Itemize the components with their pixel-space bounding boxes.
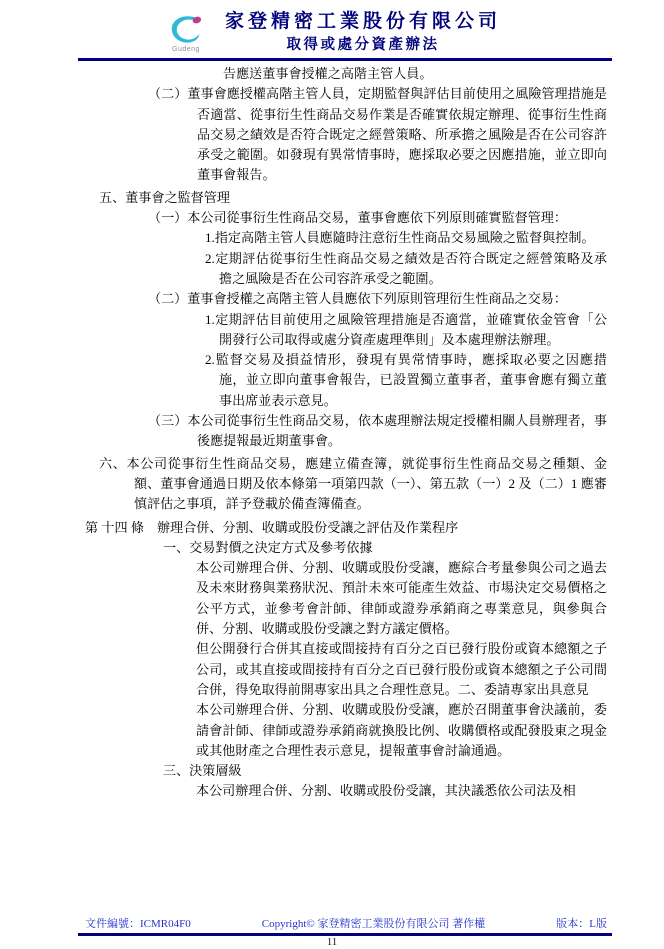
sub-heading: 一、交易對價之決定方式及參考依據 xyxy=(85,538,607,558)
version-label: 版本：L版 xyxy=(556,918,607,930)
document-number: 文件編號：ICMR04F0 xyxy=(85,918,191,930)
paragraph: 告應送董事會授權之高階主管人員。 xyxy=(85,64,607,84)
paragraph: （二）董事會授權之高階主管人員應依下列原則管理衍生性商品之交易： xyxy=(85,289,607,309)
paragraph: 本公司辦理合併、分割、收購或股份受讓，其決議悉依公司法及相 xyxy=(85,781,607,801)
document-page: Gudeng 家登精密工業股份有限公司 取得或處分資產辦法 告應送董事會授權之高… xyxy=(0,0,664,949)
paragraph: 本公司辦理合併、分割、收購或股份受讓，應綜合考量參與公司之過去及未來財務與業務狀… xyxy=(85,558,607,639)
company-name: 家登精密工業股份有限公司 xyxy=(225,10,501,34)
company-logo: Gudeng xyxy=(163,12,209,53)
logo-brand-text: Gudeng xyxy=(163,46,209,53)
document-body: 告應送董事會授權之高階主管人員。 （二）董事會應授權高階主管人員，定期監督與評估… xyxy=(85,64,607,802)
numbered-item: 2.定期評估從事衍生性商品交易之績效是否符合既定之經營策略及承擔之風險是否在公司… xyxy=(85,249,607,290)
page-footer: 文件編號：ICMR04F0 Copyright© 家登精密工業股份有限公司 著作… xyxy=(85,918,607,930)
numbered-item: 2.監督交易及損益情形，發現有異常情事時，應採取必要之因應措施，並立即向董事會報… xyxy=(85,350,607,411)
header-titles: 家登精密工業股份有限公司 取得或處分資產辦法 xyxy=(225,10,501,55)
article-heading: 第 十四 條 辦理合併、分割、收購或股份受讓之評估及作業程序 xyxy=(85,518,607,538)
paragraph: （三）本公司從事衍生性商品交易，依本處理辦法規定授權相關人員辦理者，事後應提報最… xyxy=(85,411,607,452)
document-title: 取得或處分資產辦法 xyxy=(225,36,501,55)
gudeng-swoosh-icon xyxy=(163,12,209,46)
numbered-item: 1.指定高階主管人員應隨時注意衍生性商品交易風險之監督與控制。 xyxy=(85,228,607,248)
section-heading: 六、本公司從事衍生性商品交易，應建立備查簿，就從事衍生性商品交易之種類、金額、董… xyxy=(85,454,607,515)
paragraph: 本公司辦理合併、分割、收購或股份受讓，應於召開董事會決議前，委請會計師、律師或證… xyxy=(85,700,607,761)
copyright-notice: Copyright© 家登精密工業股份有限公司 著作權 xyxy=(262,918,485,930)
section-heading: 五、董事會之監督管理 xyxy=(85,188,607,208)
sub-heading: 三、決策層級 xyxy=(85,761,607,781)
page-number: 11 xyxy=(0,936,664,949)
page-header: Gudeng 家登精密工業股份有限公司 取得或處分資產辦法 xyxy=(0,0,664,61)
paragraph: 但公開發行合併其直接或間接持有百分之百已發行股份或資本總額之子公司，或其直接或間… xyxy=(85,639,607,700)
paragraph: （一）本公司從事衍生性商品交易，董事會應依下列原則確實監督管理： xyxy=(85,208,607,228)
header-divider-rule xyxy=(78,58,612,61)
numbered-item: 1.定期評估目前使用之風險管理措施是否適當，並確實依金管會「公開發行公司取得或處… xyxy=(85,310,607,351)
paragraph: （二）董事會應授權高階主管人員，定期監督與評估目前使用之風險管理措施是否適當、從… xyxy=(85,84,607,185)
